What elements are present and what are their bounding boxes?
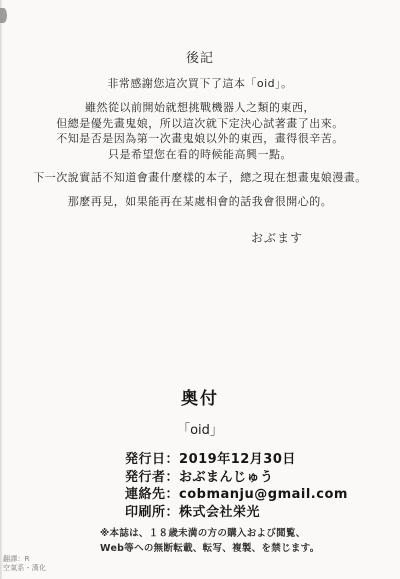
age-restriction-notice: ※本誌は、１８歳未満の方の購入および閲覧、 Web等への無断転載、転写、複製、を… [100, 526, 320, 556]
colophon-row-contact-email: 連絡先：cobmanju@gmail.com [125, 486, 348, 504]
row-value: おぶまんじゅう [179, 470, 274, 485]
scan-artifact [0, 8, 7, 23]
afterword-paragraph-line: 不知是否是因為第一次畫鬼娘以外的東西，畫得很辛苦。 [0, 131, 400, 147]
afterword-paragraph-line: 但總是優先畫鬼娘，所以這次就下定決心試著畫了出來。 [0, 116, 400, 132]
afterword-thanks-line: 非常感謝您這次買下了這本「oid」。 [0, 76, 400, 91]
notice-line: Web等への無断転載、転写、複製、を禁じます。 [100, 541, 320, 556]
row-separator: ： [166, 452, 180, 467]
paragraph-gap [0, 162, 400, 170]
row-label: 連絡先 [125, 487, 166, 502]
paragraph-gap [0, 186, 400, 194]
book-title: 「oid」 [0, 419, 400, 438]
scanlation-credit: 翻譯：R 空氣系・漢化 [3, 555, 46, 572]
row-separator: ： [166, 505, 180, 520]
colophon-row-publish-date: 発行日：2019年12月30日 [125, 451, 348, 469]
author-signature: おぶます [251, 229, 303, 246]
afterword-heading: 後記 [0, 51, 400, 67]
colophon-row-printer: 印刷所：株式会社栄光 [125, 504, 348, 522]
colophon-rows: 発行日：2019年12月30日 発行者：おぶまんじゅう 連絡先：cobmanju… [125, 451, 348, 521]
row-separator: ： [166, 487, 180, 502]
row-value: 株式会社栄光 [179, 505, 260, 520]
row-label: 発行者 [125, 470, 166, 485]
credit-line: 空氣系・漢化 [3, 564, 46, 573]
row-separator: ： [166, 470, 180, 485]
row-value: cobmanju@gmail.com [179, 487, 348, 502]
credit-line: 翻譯：R [3, 555, 46, 564]
notice-line: ※本誌は、１８歳未満の方の購入および閲覧、 [100, 526, 320, 541]
row-label: 発行日 [125, 452, 166, 467]
afterword-paragraph-line: 那麼再見，如果能再在某處相會的話我會很開心的。 [0, 194, 400, 210]
afterword-colophon-page: 後記 非常感謝您這次買下了這本「oid」。 雖然從以前開始就想挑戰機器人之類的東… [0, 0, 400, 579]
afterword-paragraph-line: 下一次說實話不知道會畫什麼樣的本子，總之現在想畫鬼娘漫畫。 [0, 170, 400, 186]
row-value: 2019年12月30日 [179, 452, 296, 467]
colophon-row-publisher: 発行者：おぶまんじゅう [125, 469, 348, 487]
colophon-heading: 奥付 [0, 384, 400, 409]
row-label: 印刷所 [125, 505, 166, 520]
afterword-paragraph-line: 雖然從以前開始就想挑戰機器人之類的東西， [0, 100, 400, 116]
afterword-section: 後記 非常感謝您這次買下了這本「oid」。 雖然從以前開始就想挑戰機器人之類的東… [0, 51, 400, 209]
afterword-paragraph-line: 只是希望您在看的時候能高興一點。 [0, 147, 400, 163]
